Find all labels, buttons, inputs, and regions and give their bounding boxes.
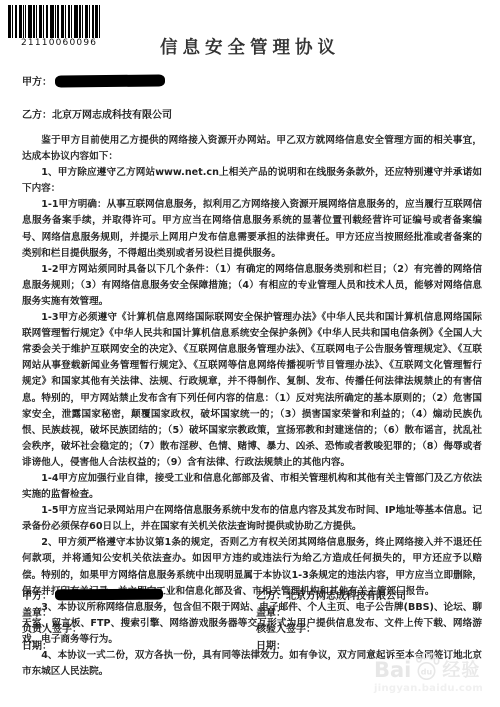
party-a-signature-redaction-bar	[55, 589, 163, 601]
party-b-seal-line: 盖章：	[256, 603, 490, 620]
party-b-signer-line: 核验人签字：	[256, 620, 490, 637]
party-b-signature-name: 北京万网志成科技有限公司	[286, 587, 406, 602]
party-a-signature-label: 甲方：	[22, 587, 52, 602]
watermark-brand-cn: 经验	[442, 660, 480, 682]
party-a-seal-line: 盖章：	[22, 603, 256, 620]
party-b-signature-line: 乙方： 北京万网志成科技有限公司	[256, 586, 490, 603]
party-a-label: 甲方：	[22, 73, 52, 88]
paragraph-clause-1-1: 1-1甲方明确：从事互联网信息服务，拟利用乙方网络接入资源开展网络信息服务的，应…	[22, 197, 482, 261]
signature-block: 甲方： 盖章： 负责人签字： 日期： 乙方： 北京万网志成科技有限公司 盖章： …	[22, 586, 490, 653]
watermark-logo: Bai du 经验	[374, 652, 492, 682]
paragraph-clause-1-2: 1-2甲方网站须同时具备以下几个条件：（1）有确定的网络信息服务类别和栏目；（2…	[22, 262, 482, 310]
paragraph-clause-1-4: 1-4甲方应加强行业自律，接受工业和信息化部部及省、市相关管理机构和其他有关主管…	[22, 471, 482, 503]
party-a-signature-line: 甲方：	[22, 586, 256, 603]
paragraph-preamble: 鉴于甲方目前使用乙方提供的网络接入资源开办网站。甲乙双方就网络信息安全管理方面的…	[22, 133, 482, 165]
signature-column-party-a: 甲方： 盖章： 负责人签字： 日期：	[22, 586, 256, 653]
paragraph-clause-1: 1、甲方除应遵守乙方网站www.net.cn上相关产品的说明和在线服务条款外，还…	[22, 165, 482, 197]
party-a-line: 甲方：	[22, 73, 165, 88]
baidu-paw-icon: du	[413, 652, 440, 682]
party-b-label: 乙方：	[22, 106, 52, 121]
watermark-brand-du: du	[421, 668, 433, 677]
party-a-signer-line: 负责人签字：	[22, 620, 256, 637]
document-title: 信息安全管理协议	[0, 34, 500, 59]
scanned-document-page: 21110060096 信息安全管理协议 甲方： 乙方： 北京万网志成科技有限公…	[0, 0, 500, 707]
paragraph-clause-1-3: 1-3甲方必须遵守《计算机信息网络国际联网安全保护管理办法》《中华人民共和国计算…	[22, 310, 482, 471]
watermark: Bai du 经验 jingyan.baidu.com	[374, 652, 492, 694]
party-b-signature-label: 乙方：	[256, 587, 286, 602]
party-a-date-line: 日期：	[22, 636, 256, 653]
paragraph-clause-1-5: 1-5甲方应当记录网站用户在网络信息服务系统中发布的信息内容及其发布时间、IP地…	[22, 503, 482, 535]
party-b-date-line: 日期：	[256, 636, 490, 653]
signature-column-party-b: 乙方： 北京万网志成科技有限公司 盖章： 核验人签字： 日期：	[256, 586, 490, 653]
party-b-name: 北京万网志成科技有限公司	[52, 106, 172, 121]
party-a-redaction-bar	[55, 74, 165, 87]
party-b-line: 乙方： 北京万网志成科技有限公司	[22, 106, 172, 121]
watermark-url: jingyan.baidu.com	[374, 683, 492, 694]
watermark-brand-bai: Bai	[374, 658, 411, 682]
